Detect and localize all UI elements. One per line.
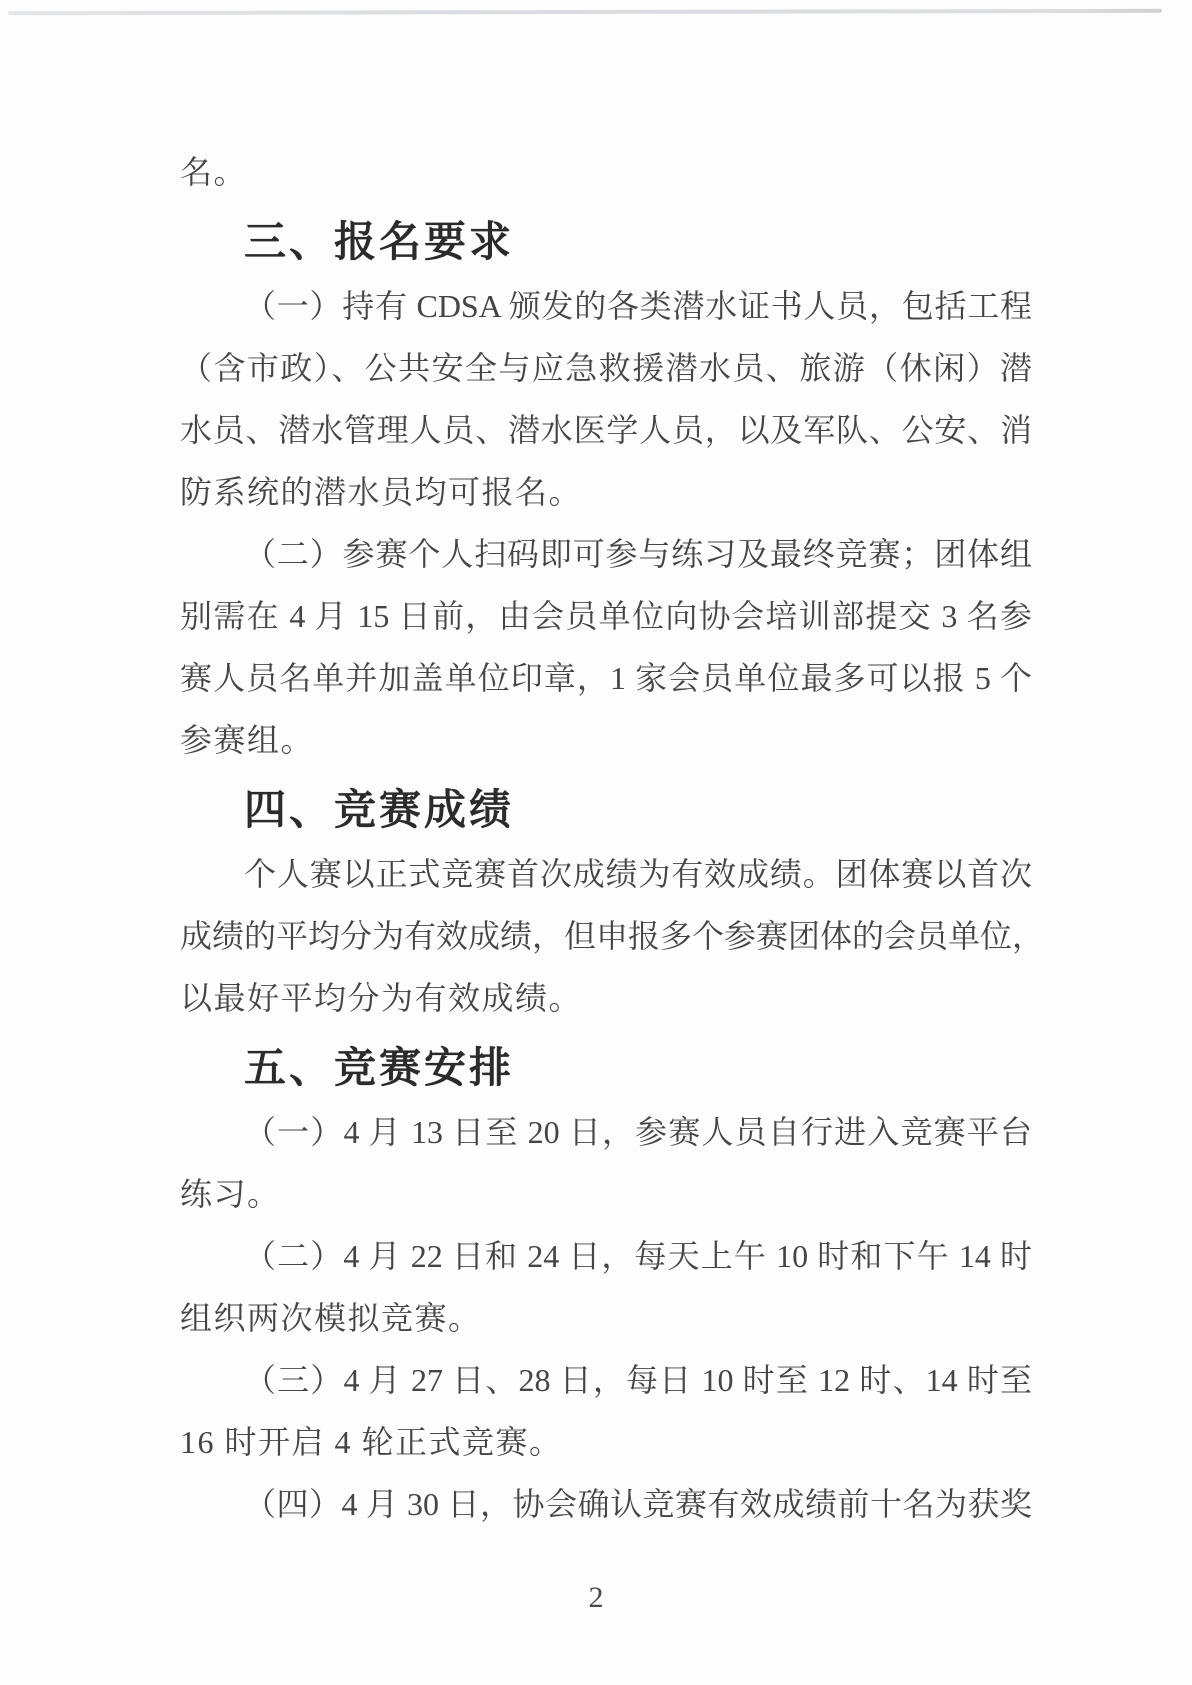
text-line: 赛人员名单并加盖单位印章，1 家会员单位最多可以报 5 个 <box>180 647 1032 709</box>
text-line: 16 时开启 4 轮正式竞赛。 <box>180 1411 1032 1473</box>
text-line: 防系统的潜水员均可报名。 <box>180 461 1032 523</box>
text-line: 别需在 4 月 15 日前，由会员单位向协会培训部提交 3 名参 <box>180 585 1032 647</box>
text-line: 组织两次模拟竞赛。 <box>180 1287 1032 1349</box>
text-line: 名。 <box>180 141 1032 203</box>
text-line: （一）持有 CDSA 颁发的各类潜水证书人员，包括工程 <box>180 275 1032 337</box>
text-line: 练习。 <box>180 1163 1032 1225</box>
section-heading-4: 四、竞赛成绩 <box>180 779 1032 841</box>
text-line: 成绩的平均分为有效成绩，但申报多个参赛团体的会员单位， <box>180 905 1032 967</box>
text-line: （二）4 月 22 日和 24 日，每天上午 10 时和下午 14 时 <box>180 1225 1032 1287</box>
text-line: （一）4 月 13 日至 20 日，参赛人员自行进入竞赛平台 <box>180 1101 1032 1163</box>
scan-artifact-line <box>8 9 1162 15</box>
text-line: 以最好平均分为有效成绩。 <box>180 967 1032 1029</box>
section-heading-3: 三、报名要求 <box>180 211 1032 273</box>
text-line: （三）4 月 27 日、28 日，每日 10 时至 12 时、14 时至 <box>180 1349 1032 1411</box>
text-line: 水员、潜水管理人员、潜水医学人员，以及军队、公安、消 <box>180 399 1032 461</box>
text-line: 个人赛以正式竞赛首次成绩为有效成绩。团体赛以首次 <box>180 843 1032 905</box>
document-page: 名。 三、报名要求 （一）持有 CDSA 颁发的各类潜水证书人员，包括工程 （含… <box>0 0 1192 1685</box>
text-line: （四）4 月 30 日，协会确认竞赛有效成绩前十名为获奖 <box>180 1473 1032 1535</box>
text-line: （二）参赛个人扫码即可参与练习及最终竞赛；团体组 <box>180 523 1032 585</box>
page-number: 2 <box>0 1581 1192 1615</box>
section-heading-5: 五、竞赛安排 <box>180 1037 1032 1099</box>
text-line: （含市政）、公共安全与应急救援潜水员、旅游（休闲）潜 <box>180 337 1032 399</box>
text-line: 参赛组。 <box>180 709 1032 771</box>
document-body: 名。 三、报名要求 （一）持有 CDSA 颁发的各类潜水证书人员，包括工程 （含… <box>180 141 1032 1535</box>
